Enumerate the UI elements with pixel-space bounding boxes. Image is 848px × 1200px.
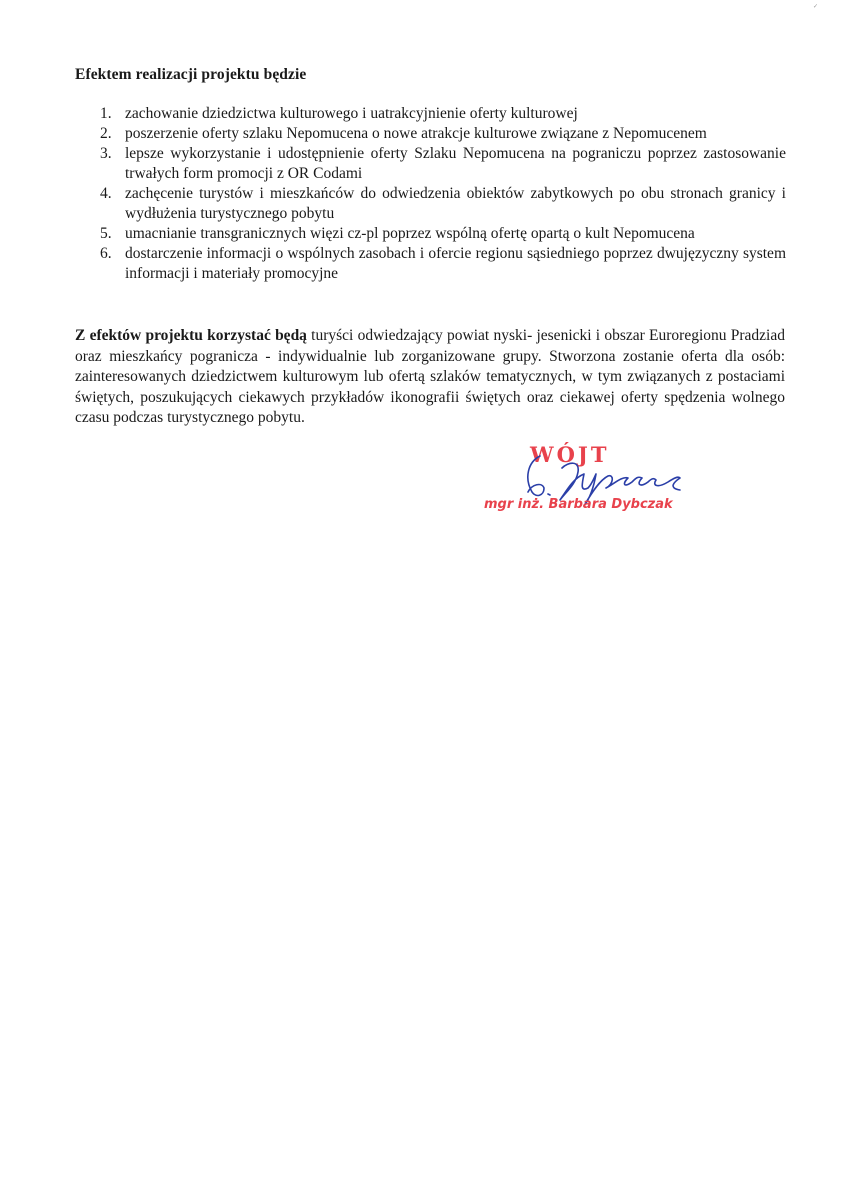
- document-page: ✓ Efektem realizacji projektu będzie 1. …: [0, 0, 848, 1200]
- list-item: 6. dostarczenie informacji o wspólnych z…: [100, 244, 786, 284]
- list-text: umacnianie transgranicznych więzi cz-pl …: [125, 225, 695, 242]
- list-item: 4. zachęcenie turystów i mieszkańców do …: [100, 184, 786, 224]
- paragraph-bold-lead: Z efektów projektu korzystać będą: [75, 327, 307, 344]
- list-number: 6.: [100, 244, 112, 264]
- list-text: poszerzenie oferty szlaku Nepomucena o n…: [125, 125, 707, 142]
- official-stamp: WÓJT mgr inż. Barbara Dybczak: [478, 440, 688, 520]
- effects-list: 1. zachowanie dziedzictwa kulturowego i …: [100, 104, 786, 284]
- list-number: 1.: [100, 104, 112, 124]
- list-text: lepsze wykorzystanie i udostępnienie ofe…: [125, 145, 786, 182]
- list-text: zachowanie dziedzictwa kulturowego i uat…: [125, 105, 578, 122]
- list-number: 3.: [100, 144, 112, 164]
- beneficiaries-paragraph: Z efektów projektu korzystać będą turyśc…: [75, 326, 785, 429]
- list-number: 2.: [100, 124, 112, 144]
- list-text: zachęcenie turystów i mieszkańców do odw…: [125, 185, 786, 222]
- list-number: 4.: [100, 184, 112, 204]
- stamp-name: mgr inż. Barbara Dybczak: [484, 497, 673, 512]
- list-item: 2. poszerzenie oferty szlaku Nepomucena …: [100, 124, 786, 144]
- section-heading: Efektem realizacji projektu będzie: [75, 66, 306, 84]
- list-item: 5. umacnianie transgranicznych więzi cz-…: [100, 224, 786, 244]
- list-item: 3. lepsze wykorzystanie i udostępnienie …: [100, 144, 786, 184]
- list-number: 5.: [100, 224, 112, 244]
- list-item: 1. zachowanie dziedzictwa kulturowego i …: [100, 104, 786, 124]
- scan-artifact: ✓: [813, 3, 818, 10]
- list-text: dostarczenie informacji o wspólnych zaso…: [125, 245, 786, 282]
